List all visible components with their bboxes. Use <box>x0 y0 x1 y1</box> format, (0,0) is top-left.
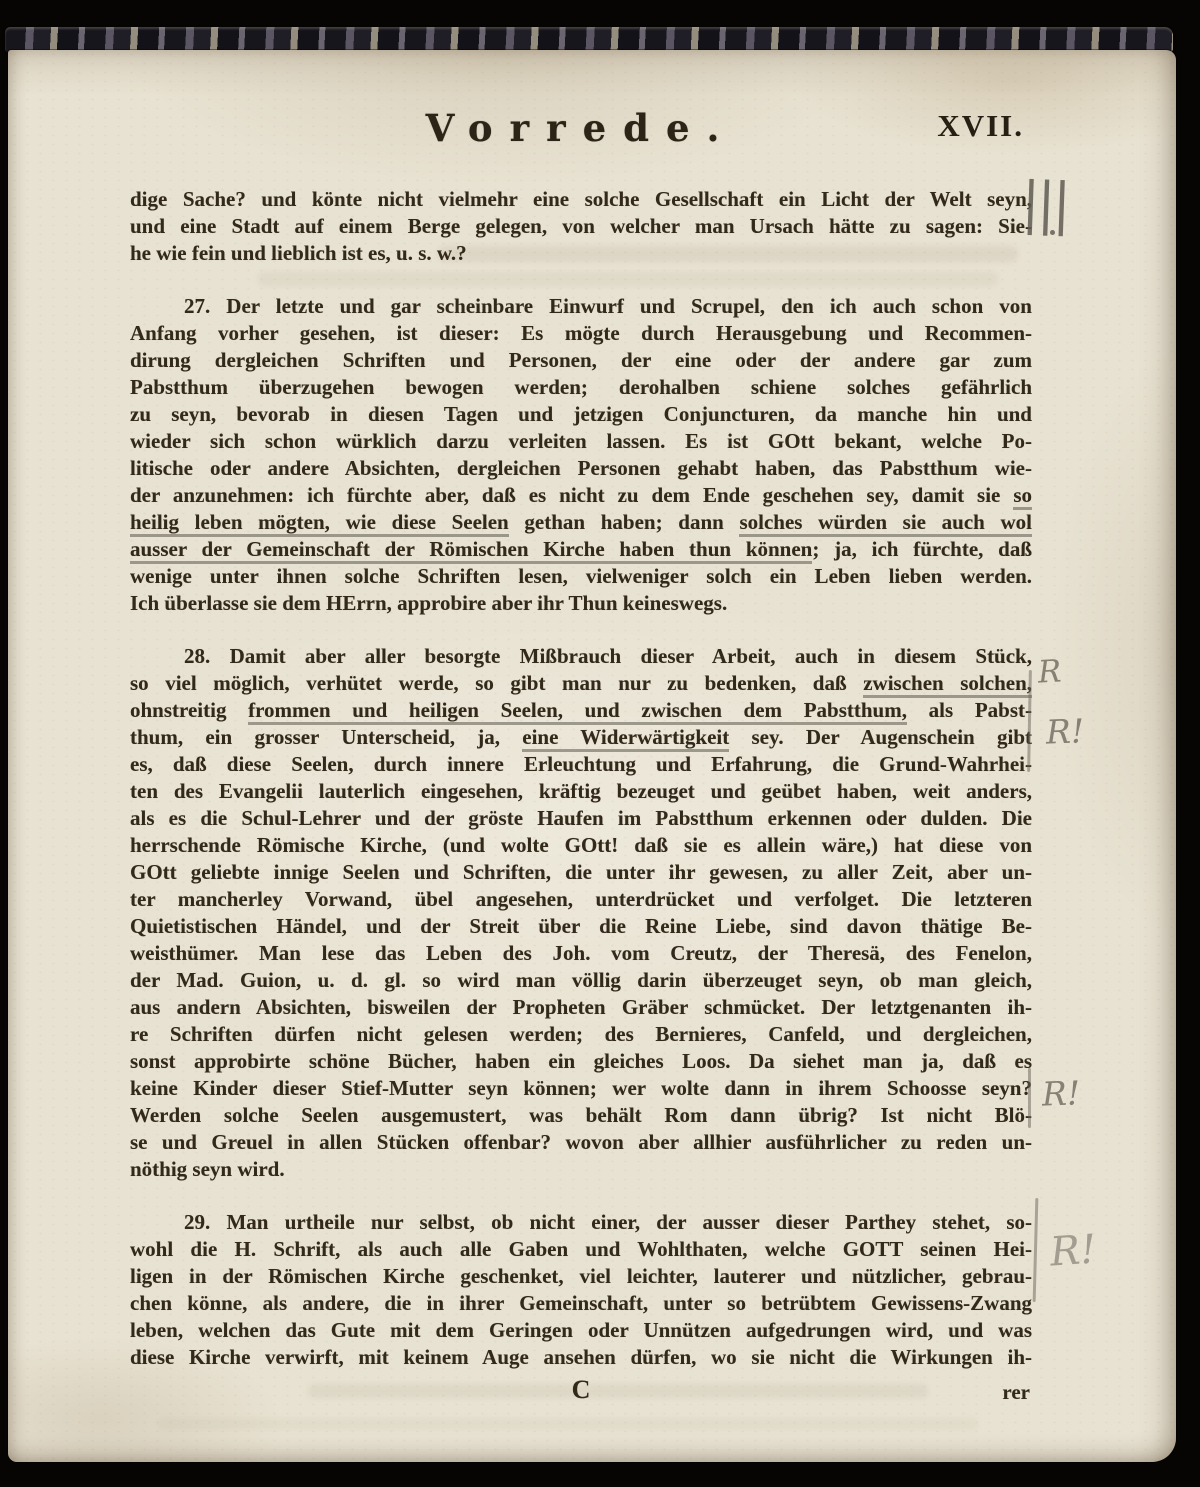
text-line: der anzunehmen: ich fürchte aber, daß es… <box>130 482 1032 509</box>
pencil-margin-line <box>1028 1068 1031 1128</box>
text-segment: und eine Stadt auf einem Berge gelegen, … <box>130 214 1032 238</box>
text-line: zu seyn, bevorab in diesen Tagen und jet… <box>130 401 1032 428</box>
text-segment: so viel möglich, verhütet werde, so gibt… <box>130 671 863 695</box>
text-segment: he wie fein und lieblich ist es, u. s. w… <box>130 241 467 265</box>
text-line: dirung dergleichen Schriften und Persone… <box>130 347 1032 374</box>
page-header: Vorrede. XVII. <box>130 106 1032 156</box>
signature-row: C rer <box>130 1374 1032 1408</box>
pencil-underlined-phrase: solches würden sie auch wol <box>739 510 1032 537</box>
text-line: dige Sache? und könte nicht vielmehr ein… <box>130 186 1032 213</box>
text-line: 27. Der letzte und gar scheinbare Einwur… <box>130 293 1032 320</box>
text-segment: aus andern Absichten, bisweilen der Prop… <box>130 995 1032 1019</box>
text-segment: es, daß diese Seelen, durch innere Erleu… <box>130 752 1032 776</box>
text-line: litische oder andere Absichten, dergleic… <box>130 455 1032 482</box>
text-segment: Anfang vorher gesehen, ist dieser: Es mö… <box>130 321 1032 345</box>
text-line: es, daß diese Seelen, durch innere Erleu… <box>130 751 1032 778</box>
text-segment: Ich überlasse sie dem HErrn, approbire a… <box>130 591 727 615</box>
catchword: rer <box>1002 1379 1030 1406</box>
text-segment: sey. Der Augenschein gibt <box>729 725 1032 749</box>
paragraph: 28. Damit aber aller besorgte Mißbrauch … <box>130 643 1032 1183</box>
text-line: und eine Stadt auf einem Berge gelegen, … <box>130 213 1032 240</box>
text-segment: thum, ein grosser Unterscheid, ja, <box>130 725 522 749</box>
text-line: diese Kirche verwirft, mit keinem Auge a… <box>130 1344 1032 1371</box>
text-segment: chen könne, als andere, die in ihrer Gem… <box>130 1291 1032 1315</box>
text-segment: ; ja, ich fürchte, daß <box>812 537 1032 561</box>
text-line: ligen in der Römischen Kirche geschenket… <box>130 1263 1032 1290</box>
text-segment: litische oder andere Absichten, dergleic… <box>130 456 1032 480</box>
pencil-underlined-phrase: zwischen solchen, <box>863 671 1032 698</box>
pencil-margin-line <box>1033 1198 1039 1302</box>
pencil-dot <box>1050 230 1055 235</box>
text-segment: dige Sache? und könte nicht vielmehr ein… <box>130 187 1032 211</box>
paragraph: 27. Der letzte und gar scheinbare Einwur… <box>130 293 1032 617</box>
text-segment: nöthig seyn wird. <box>130 1157 285 1181</box>
text-line: re Schriften dürfen nicht gelesen werden… <box>130 1021 1032 1048</box>
pencil-margin-note-r-exclaim: R! <box>1045 711 1084 751</box>
text-segment: ohnstreitig <box>130 698 248 722</box>
text-segment: herrschende Römische Kirche, (und wolte … <box>130 833 1032 857</box>
text-line: Pabstthum überzugehen bewogen werden; de… <box>130 374 1032 401</box>
text-segment: keine Kinder dieser Stief-Mutter seyn kö… <box>130 1076 1032 1100</box>
pencil-margin-note-r-exclaim: R! <box>1048 1226 1097 1275</box>
text-segment: dirung dergleichen Schriften und Persone… <box>130 348 1032 372</box>
pencil-underlined-phrase: eine Widerwärtigkeit <box>522 725 729 752</box>
text-line: Anfang vorher gesehen, ist dieser: Es mö… <box>130 320 1032 347</box>
text-line: ter mancherley Vorwand, übel angesehen, … <box>130 886 1032 913</box>
text-segment: wohl die H. Schrift, als auch alle Gaben… <box>130 1237 1032 1261</box>
text-segment: diese Kirche verwirft, mit keinem Auge a… <box>130 1345 1032 1369</box>
pencil-underlined-phrase: heilig leben mögten, wie diese Seelen <box>130 510 509 537</box>
text-line: herrschende Römische Kirche, (und wolte … <box>130 832 1032 859</box>
ink-showthrough-smudge <box>158 1418 978 1430</box>
text-segment: GOtt geliebte innige Seelen und Schrifte… <box>130 860 1032 884</box>
pencil-underlined-phrase: frommen und heiligen Seelen, und zwische… <box>248 698 907 725</box>
text-line: der Mad. Guion, u. d. gl. so wird man vö… <box>130 967 1032 994</box>
text-line: ten des Evangelii lauterlich eingesehen,… <box>130 778 1032 805</box>
pencil-underlined-phrase: ausser der Gemeinschaft der Römischen Ki… <box>130 537 812 564</box>
text-line: Quietistischen Händel, und der Streit üb… <box>130 913 1032 940</box>
text-block: dige Sache? und könte nicht vielmehr ein… <box>130 186 1032 1408</box>
text-line: Werden solche Seelen ausgemustert, was b… <box>130 1102 1032 1129</box>
text-line: wohl die H. Schrift, als auch alle Gaben… <box>130 1236 1032 1263</box>
text-segment: wenige unter ihnen solche Schriften lese… <box>130 564 1032 588</box>
text-segment: 27. Der letzte und gar scheinbare Einwur… <box>184 294 1032 318</box>
photographed-book-page: Vorrede. XVII. dige Sache? und könte nic… <box>0 0 1200 1487</box>
text-segment: sonst approbirte schöne Bücher, haben ei… <box>130 1049 1032 1073</box>
text-segment: ter mancherley Vorwand, übel angesehen, … <box>130 887 1032 911</box>
text-segment: als Pabst- <box>907 698 1032 722</box>
book-top-edge-marbling <box>5 27 1173 52</box>
text-segment: 28. Damit aber aller besorgte Mißbrauch … <box>184 644 1032 668</box>
pencil-margin-note-r: R <box>1037 653 1062 690</box>
text-segment: als es die Schul-Lehrer und der gröste H… <box>130 806 1032 830</box>
text-line: so viel möglich, verhütet werde, so gibt… <box>130 670 1032 697</box>
text-line: he wie fein und lieblich ist es, u. s. w… <box>130 240 1032 267</box>
text-segment: ten des Evangelii lauterlich eingesehen,… <box>130 779 1032 803</box>
paragraph: 29. Man urtheile nur selbst, ob nicht ei… <box>130 1209 1032 1371</box>
text-line: se und Greuel in allen Stücken offenbar?… <box>130 1129 1032 1156</box>
text-line: wenige unter ihnen solche Schriften lese… <box>130 563 1032 590</box>
paragraph: dige Sache? und könte nicht vielmehr ein… <box>130 186 1032 267</box>
page-paper: Vorrede. XVII. dige Sache? und könte nic… <box>8 50 1176 1462</box>
text-line: als es die Schul-Lehrer und der gröste H… <box>130 805 1032 832</box>
text-segment: zu seyn, bevorab in diesen Tagen und jet… <box>130 402 1032 426</box>
text-line: ausser der Gemeinschaft der Römischen Ki… <box>130 536 1032 563</box>
signature-mark: C <box>130 1376 1032 1403</box>
text-line: heilig leben mögten, wie diese Seelen ge… <box>130 509 1032 536</box>
text-segment: re Schriften dürfen nicht gelesen werden… <box>130 1022 1032 1046</box>
text-segment: ligen in der Römischen Kirche geschenket… <box>130 1264 1032 1288</box>
text-line: sonst approbirte schöne Bücher, haben ei… <box>130 1048 1032 1075</box>
text-segment: der Mad. Guion, u. d. gl. so wird man vö… <box>130 968 1032 992</box>
text-line: thum, ein grosser Unterscheid, ja, eine … <box>130 724 1032 751</box>
pencil-margin-note-r-exclaim: R! <box>1041 1073 1080 1113</box>
text-segment: Quietistischen Händel, und der Streit üb… <box>130 914 1032 938</box>
text-line: GOtt geliebte innige Seelen und Schrifte… <box>130 859 1032 886</box>
text-line: 29. Man urtheile nur selbst, ob nicht ei… <box>130 1209 1032 1236</box>
pencil-tally-strokes: ||| <box>1021 171 1070 237</box>
text-segment: Pabstthum überzugehen bewogen werden; de… <box>130 375 1032 399</box>
text-segment: der anzunehmen: ich fürchte aber, daß es… <box>130 483 1013 507</box>
text-line: wieder sich schon würklich darzu verleit… <box>130 428 1032 455</box>
text-line: leben, welchen das Gute mit dem Geringen… <box>130 1317 1032 1344</box>
text-line: ohnstreitig frommen und heiligen Seelen,… <box>130 697 1032 724</box>
text-segment: 29. Man urtheile nur selbst, ob nicht ei… <box>184 1210 1032 1234</box>
text-segment: leben, welchen das Gute mit dem Geringen… <box>130 1318 1032 1342</box>
text-line: Ich überlasse sie dem HErrn, approbire a… <box>130 590 1032 617</box>
page-number: XVII. <box>937 108 1024 144</box>
pencil-underlined-phrase: so <box>1013 483 1032 510</box>
text-segment: gethan haben; dann <box>509 510 740 534</box>
text-segment: wieder sich schon würklich darzu verleit… <box>130 429 1032 453</box>
text-segment: se und Greuel in allen Stücken offenbar?… <box>130 1130 1032 1154</box>
text-line: nöthig seyn wird. <box>130 1156 1032 1183</box>
text-line: chen könne, als andere, die in ihrer Gem… <box>130 1290 1032 1317</box>
text-line: weisthümer. Man lese das Leben des Joh. … <box>130 940 1032 967</box>
page-title: Vorrede. <box>130 106 1032 150</box>
text-segment: Werden solche Seelen ausgemustert, was b… <box>130 1103 1032 1127</box>
text-line: aus andern Absichten, bisweilen der Prop… <box>130 994 1032 1021</box>
text-segment: weisthümer. Man lese das Leben des Joh. … <box>130 941 1032 965</box>
text-line: 28. Damit aber aller besorgte Mißbrauch … <box>130 643 1032 670</box>
text-line: keine Kinder dieser Stief-Mutter seyn kö… <box>130 1075 1032 1102</box>
